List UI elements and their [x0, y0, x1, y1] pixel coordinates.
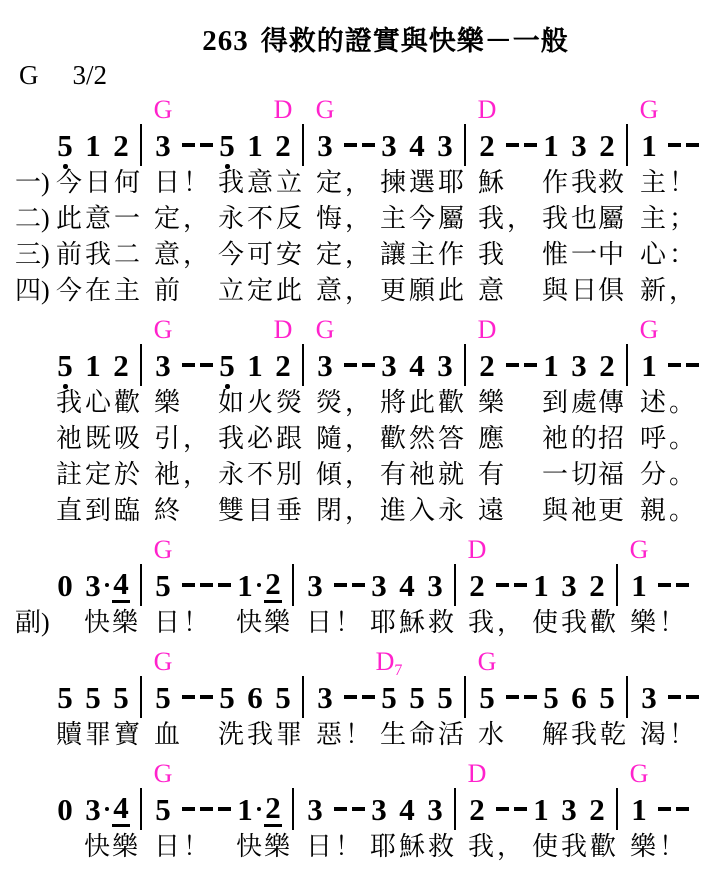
lyric-segment: 傾，	[316, 462, 374, 488]
duration-dash	[200, 143, 213, 147]
note-digit: 4	[112, 568, 130, 603]
note-digit: 4	[408, 130, 426, 161]
duration-dash	[668, 695, 681, 699]
barline	[140, 676, 142, 718]
chord-label: G	[154, 318, 173, 342]
chord-label: G	[154, 98, 173, 122]
music-system: 5123512334321321GDGDG我心歡樂如火熒熒，將此歡樂到處傳述。祂…	[0, 318, 713, 530]
note-digit: 2	[274, 350, 292, 381]
lyric-segment: 定，	[316, 242, 374, 268]
note-digit: 3	[436, 350, 454, 381]
lyric-segment: 主！	[640, 170, 698, 196]
barline	[302, 124, 304, 166]
lyric-segment: 快	[84, 610, 113, 636]
chord-label: G	[316, 98, 335, 122]
note-digit: 1	[246, 350, 264, 381]
lyric-segment: 新，	[640, 278, 698, 304]
lyric-segment: 日！	[154, 834, 212, 860]
lyric-line: 四)今在主前立定此意，更願此意與日俱新，	[0, 274, 713, 310]
duration-dash	[218, 807, 231, 811]
note-digit: 4	[112, 792, 130, 827]
lyric-segment: 更願此	[380, 278, 467, 304]
lyric-line: 直到臨終雙目垂閉，進入永遠與祂更親。	[0, 494, 713, 530]
note-digit: 6	[570, 682, 588, 713]
barline	[626, 676, 628, 718]
duration-dash	[686, 363, 699, 367]
duration-dash	[496, 807, 509, 811]
lyric-line: 一)今日何日！我意立定，揀選耶穌作我救主！	[0, 166, 713, 202]
lyric-segment: 使我歡	[532, 834, 619, 860]
lyric-segment: 親。	[640, 498, 698, 524]
duration-dash	[352, 807, 365, 811]
barline	[626, 344, 628, 386]
note-digit: 5	[84, 682, 102, 713]
lyric-segment: 今日何	[56, 170, 143, 196]
verse-marker: 二)	[15, 206, 50, 232]
duration-dash	[686, 695, 699, 699]
lyric-segment: 快	[236, 834, 265, 860]
note-digit: 5	[408, 682, 426, 713]
lyric-line: 副)快樂日！快樂日！耶穌救我，使我歡樂！	[0, 606, 713, 642]
music-line: 5123512334321321GDGDG	[0, 318, 713, 386]
lyric-segment: 雙目垂	[218, 498, 305, 524]
note-digit: 3	[560, 570, 578, 601]
barline	[302, 676, 304, 718]
duration-dash	[658, 583, 671, 587]
music-line: 5555565355555653GD7G	[0, 650, 713, 718]
lyric-segment: 樂	[264, 610, 293, 636]
lyric-segment: 日！	[306, 834, 364, 860]
lyric-segment: 註定於	[56, 462, 143, 488]
lyric-segment: 隨，	[316, 426, 374, 452]
lyric-segment: 今可安	[218, 242, 305, 268]
note-digit: 3	[84, 794, 102, 825]
music-system: 5555565355555653GD7G贖罪寶血洗我罪惡！生命活水解我乾渴！	[0, 650, 713, 754]
note-digit: 3	[370, 794, 388, 825]
music-line: 034512334321321GDG	[0, 762, 713, 830]
note-digit: 1	[630, 570, 648, 601]
note-digit: 5	[56, 130, 74, 161]
note-digit: 3	[570, 350, 588, 381]
barline	[140, 788, 142, 830]
note-digit: 5	[380, 682, 398, 713]
barline	[464, 124, 466, 166]
notation-row: 5123512334321321	[0, 344, 713, 386]
lyric-segment: 傳	[598, 390, 627, 416]
duration-dash	[506, 363, 519, 367]
lyric-segment: 如火熒	[218, 390, 305, 416]
note-digit: 2	[588, 794, 606, 825]
music-line: 5123512334321321GDGDG	[0, 98, 713, 166]
duration-dash	[676, 583, 689, 587]
lyric-segment: 一切	[542, 462, 600, 488]
chord-label: G	[640, 318, 659, 342]
lyric-segment: 讓主作	[380, 242, 467, 268]
note-digit: 1	[532, 794, 550, 825]
duration-dash	[506, 143, 519, 147]
lyric-segment: 今在主	[56, 278, 143, 304]
barline	[626, 124, 628, 166]
note-digit: 5	[112, 682, 130, 713]
lyric-segment: 中	[598, 242, 627, 268]
note-digit: 3	[640, 682, 658, 713]
barline	[454, 564, 456, 606]
lyric-segment: 前	[154, 278, 183, 304]
duration-dash	[218, 583, 231, 587]
barline	[292, 564, 294, 606]
lyric-line: 祂既吸引，我必跟隨，歡然答應祂的招呼。	[0, 422, 713, 458]
lyric-segment: 有	[478, 462, 507, 488]
lyric-line: 贖罪寶血洗我罪惡！生命活水解我乾渴！	[0, 718, 713, 754]
duration-dash	[362, 363, 375, 367]
lyric-segment: 耶穌救	[370, 610, 457, 636]
lyric-segment: 意，	[316, 278, 374, 304]
lyric-segment: 主今屬	[380, 206, 467, 232]
chord-label: D7	[376, 650, 403, 674]
duration-dash	[182, 807, 195, 811]
lyric-segment: 將此歡	[380, 390, 467, 416]
score-systems: 5123512334321321GDGDG一)今日何日！我意立定，揀選耶穌作我救…	[0, 98, 713, 866]
note-digit: 3	[560, 794, 578, 825]
notation-row: 5555565355555653	[0, 676, 713, 718]
lyric-segment: 述。	[640, 390, 698, 416]
lyric-segment: 屬	[598, 206, 627, 232]
lyric-segment: 遠	[478, 498, 507, 524]
key-meter-row: G 3/2	[0, 60, 713, 90]
lyric-segment: 我必跟	[218, 426, 305, 452]
notation-row: 5123512334321321	[0, 124, 713, 166]
duration-dash	[668, 143, 681, 147]
lyric-segment: 引，	[154, 426, 212, 452]
note-digit: 2	[264, 568, 282, 603]
dotted-note-dot	[257, 807, 262, 812]
lyric-segment: 快	[84, 834, 113, 860]
lyric-line: 我心歡樂如火熒熒，將此歡樂到處傳述。	[0, 386, 713, 422]
duration-dash	[200, 695, 213, 699]
note-digit: 4	[408, 350, 426, 381]
barline	[454, 788, 456, 830]
lyric-segment: 意	[478, 278, 507, 304]
lyric-segment: 耶穌救	[370, 834, 457, 860]
duration-dash	[514, 807, 527, 811]
barline	[302, 344, 304, 386]
dotted-note-dot	[105, 583, 110, 588]
barline	[464, 344, 466, 386]
lyric-segment: 洗我罪	[218, 722, 305, 748]
note-digit: 1	[640, 350, 658, 381]
lyric-segment: 穌	[478, 170, 507, 196]
lyric-segment: 心：	[640, 242, 698, 268]
barline	[140, 564, 142, 606]
chord-label: G	[630, 762, 649, 786]
duration-dash	[344, 143, 357, 147]
note-digit: 3	[436, 130, 454, 161]
lyric-segment: 意，	[154, 242, 212, 268]
note-digit: 3	[570, 130, 588, 161]
verse-marker: 一)	[15, 170, 50, 196]
note-digit: 1	[246, 130, 264, 161]
lyric-segment: 與祂	[542, 498, 600, 524]
chord-label: G	[316, 318, 335, 342]
duration-dash	[506, 695, 519, 699]
chord-label: G	[630, 538, 649, 562]
duration-dash	[352, 583, 365, 587]
lyric-segment: 直到臨	[56, 498, 143, 524]
barline	[616, 564, 618, 606]
chord-label: D	[274, 318, 293, 342]
note-digit: 5	[436, 682, 454, 713]
note-digit: 4	[398, 794, 416, 825]
lyric-segment: 福	[598, 462, 627, 488]
lyric-segment: 我心歡	[56, 390, 143, 416]
lyric-segment: 我	[478, 242, 507, 268]
music-line: 034512334321321GDG	[0, 538, 713, 606]
dotted-note-dot	[257, 583, 262, 588]
note-digit: 5	[218, 682, 236, 713]
duration-dash	[182, 143, 195, 147]
note-digit: 2	[588, 570, 606, 601]
lyric-segment: 前我二	[56, 242, 143, 268]
lyric-segment: 我，	[468, 834, 526, 860]
barline	[292, 788, 294, 830]
note-digit: 2	[468, 794, 486, 825]
chord-label: D	[468, 762, 487, 786]
note-digit: 1	[236, 570, 254, 601]
lyric-segment: 閉，	[316, 498, 374, 524]
lyric-segment: 使我歡	[532, 610, 619, 636]
note-digit: 1	[236, 794, 254, 825]
lyric-segment: 日！	[306, 610, 364, 636]
notation-row: 034512334321321	[0, 788, 713, 830]
duration-dash	[658, 807, 671, 811]
note-digit: 1	[84, 130, 102, 161]
lyric-line: 快樂日！快樂日！耶穌救我，使我歡樂！	[0, 830, 713, 866]
duration-dash	[200, 583, 213, 587]
lyric-segment: 贖罪寶	[56, 722, 143, 748]
duration-dash	[668, 363, 681, 367]
note-digit: 0	[56, 794, 74, 825]
note-digit: 3	[316, 682, 334, 713]
lyric-segment: 永不反	[218, 206, 305, 232]
lyric-segment: 分。	[640, 462, 698, 488]
note-digit: 3	[154, 130, 172, 161]
note-digit: 3	[316, 130, 334, 161]
lyric-segment: 揀選耶	[380, 170, 467, 196]
duration-dash	[344, 363, 357, 367]
note-digit: 3	[306, 570, 324, 601]
lyric-segment: 日！	[154, 610, 212, 636]
lyric-segment: 我也	[542, 206, 600, 232]
lyric-segment: 此意一	[56, 206, 143, 232]
note-digit: 5	[56, 682, 74, 713]
chord-label: G	[640, 98, 659, 122]
chord-label: D	[478, 98, 497, 122]
duration-dash	[496, 583, 509, 587]
music-system: 034512334321321GDG副)快樂日！快樂日！耶穌救我，使我歡樂！	[0, 538, 713, 642]
lyric-segment: 應	[478, 426, 507, 452]
chord-label: D	[468, 538, 487, 562]
note-digit: 5	[154, 794, 172, 825]
lyric-segment: 更	[598, 498, 627, 524]
chord-label: G	[478, 650, 497, 674]
dotted-note-dot	[105, 807, 110, 812]
note-digit: 0	[56, 570, 74, 601]
duration-dash	[514, 583, 527, 587]
chord-label: D	[478, 318, 497, 342]
lyric-segment: 作我	[542, 170, 600, 196]
note-digit: 3	[316, 350, 334, 381]
lyric-segment: 祂的	[542, 426, 600, 452]
lyric-segment: 渴！	[640, 722, 698, 748]
duration-dash	[334, 807, 347, 811]
page-title: 263得救的證實與快樂－一般	[0, 24, 713, 58]
note-digit: 5	[218, 350, 236, 381]
lyric-segment: 招	[598, 426, 627, 452]
note-digit: 1	[532, 570, 550, 601]
lyric-line: 二)此意一定，永不反悔，主今屬我，我也屬主；	[0, 202, 713, 238]
note-digit: 2	[478, 350, 496, 381]
duration-dash	[182, 363, 195, 367]
lyric-line: 三)前我二意，今可安定，讓主作我惟一中心：	[0, 238, 713, 274]
note-digit: 3	[380, 130, 398, 161]
lyric-segment: 定，	[154, 206, 212, 232]
lyric-segment: 俱	[598, 278, 627, 304]
note-digit: 2	[112, 130, 130, 161]
lyric-segment: 悔，	[316, 206, 374, 232]
note-digit: 5	[542, 682, 560, 713]
lyric-segment: 有祂就	[380, 462, 467, 488]
barline	[464, 676, 466, 718]
note-digit: 2	[598, 130, 616, 161]
chord-label: G	[154, 538, 173, 562]
note-digit: 2	[264, 792, 282, 827]
lyric-segment: 主；	[640, 206, 698, 232]
lyric-segment: 血	[154, 722, 183, 748]
lyric-segment: 水	[478, 722, 507, 748]
note-digit: 5	[218, 130, 236, 161]
note-digit: 3	[426, 794, 444, 825]
lyric-segment: 日！	[154, 170, 212, 196]
note-digit: 3	[84, 570, 102, 601]
lyric-segment: 樂	[112, 834, 141, 860]
note-digit: 2	[112, 350, 130, 381]
lyric-segment: 樂	[154, 390, 183, 416]
lyric-segment: 惡！	[316, 722, 374, 748]
lyric-segment: 立定此	[218, 278, 305, 304]
verse-marker: 四)	[15, 278, 50, 304]
barline	[140, 124, 142, 166]
note-digit: 1	[84, 350, 102, 381]
duration-dash	[362, 695, 375, 699]
barline	[140, 344, 142, 386]
verse-marker: 副)	[15, 610, 50, 636]
chord-label: D	[274, 98, 293, 122]
note-digit: 5	[478, 682, 496, 713]
note-digit: 5	[154, 570, 172, 601]
note-digit: 1	[542, 350, 560, 381]
lyric-segment: 樂！	[630, 610, 688, 636]
note-digit: 3	[370, 570, 388, 601]
chord-label: G	[154, 762, 173, 786]
lyric-segment: 永不別	[218, 462, 305, 488]
lyric-segment: 終	[154, 498, 183, 524]
hymn-title: 得救的證實與快樂－一般	[261, 26, 569, 56]
lyric-segment: 我，	[468, 610, 526, 636]
duration-dash	[524, 143, 537, 147]
duration-dash	[344, 695, 357, 699]
lyric-segment: 進入永	[380, 498, 467, 524]
lyric-segment: 樂！	[630, 834, 688, 860]
notation-row: 034512334321321	[0, 564, 713, 606]
note-digit: 2	[274, 130, 292, 161]
lyric-segment: 歡然答	[380, 426, 467, 452]
lyric-segment: 解我乾	[542, 722, 629, 748]
lyric-segment: 樂	[478, 390, 507, 416]
note-digit: 3	[426, 570, 444, 601]
lyric-segment: 快	[236, 610, 265, 636]
lyric-segment: 我意立	[218, 170, 305, 196]
hymn-sheet-page: 263得救的證實與快樂－一般 G 3/2 5123512334321321GDG…	[0, 0, 713, 866]
lyric-segment: 定，	[316, 170, 374, 196]
note-digit: 4	[398, 570, 416, 601]
lyric-segment: 祂，	[154, 462, 212, 488]
hymn-number: 263	[202, 25, 249, 57]
barline	[616, 788, 618, 830]
lyric-segment: 祂既吸	[56, 426, 143, 452]
lyric-segment: 熒，	[316, 390, 374, 416]
lyric-segment: 惟一	[542, 242, 600, 268]
note-digit: 5	[598, 682, 616, 713]
lyric-segment: 救	[598, 170, 627, 196]
lyric-segment: 我，	[478, 206, 536, 232]
note-digit: 3	[380, 350, 398, 381]
duration-dash	[182, 583, 195, 587]
duration-dash	[524, 695, 537, 699]
duration-dash	[676, 807, 689, 811]
music-system: 5123512334321321GDGDG一)今日何日！我意立定，揀選耶穌作我救…	[0, 98, 713, 310]
note-digit: 1	[640, 130, 658, 161]
note-digit: 3	[154, 350, 172, 381]
lyric-segment: 樂	[112, 610, 141, 636]
note-digit: 2	[468, 570, 486, 601]
lyric-segment: 與日	[542, 278, 600, 304]
note-digit: 5	[154, 682, 172, 713]
note-digit: 2	[598, 350, 616, 381]
lyric-line: 註定於祂，永不別傾，有祂就有一切福分。	[0, 458, 713, 494]
key-signature: G	[19, 60, 39, 90]
duration-dash	[200, 363, 213, 367]
lyric-segment: 樂	[264, 834, 293, 860]
duration-dash	[686, 143, 699, 147]
note-digit: 1	[542, 130, 560, 161]
lyric-segment: 到處	[542, 390, 600, 416]
lyric-segment: 生命活	[380, 722, 467, 748]
music-system: 034512334321321GDG快樂日！快樂日！耶穌救我，使我歡樂！	[0, 762, 713, 866]
note-digit: 5	[274, 682, 292, 713]
duration-dash	[362, 143, 375, 147]
lyric-segment: 呼。	[640, 426, 698, 452]
note-digit: 3	[306, 794, 324, 825]
note-digit: 1	[630, 794, 648, 825]
duration-dash	[200, 807, 213, 811]
note-digit: 6	[246, 682, 264, 713]
duration-dash	[334, 583, 347, 587]
duration-dash	[524, 363, 537, 367]
note-digit: 2	[478, 130, 496, 161]
note-digit: 5	[56, 350, 74, 381]
duration-dash	[182, 695, 195, 699]
verse-marker: 三)	[15, 242, 50, 268]
